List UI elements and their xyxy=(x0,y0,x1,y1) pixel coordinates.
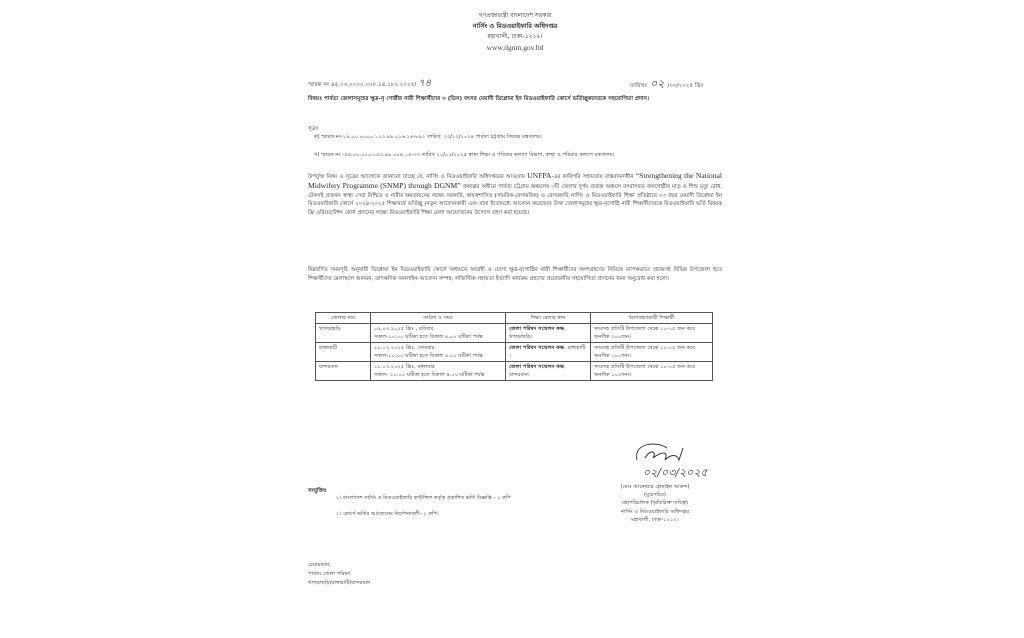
reference-item: খ) স্মারক নং -৫৯.০০.০০০.১৫৩.৯৯.০০৪.১৪-৩৩… xyxy=(314,151,724,159)
event-date: ১১.০৩.২০২৫ খ্রিঃ, মঙ্গলবার xyxy=(374,363,502,371)
event-date: ১০.০৩.২০২৫ খ্রিঃ, সোমবার xyxy=(374,344,502,352)
table-row: বান্দরবান১১.০৩.২০২৫ খ্রিঃ, মঙ্গলবারসকাল-… xyxy=(316,362,713,381)
cell-district: খাগড়াছড়ি xyxy=(316,324,371,343)
header-venue: শিক্ষা মেলার স্থান xyxy=(506,313,591,324)
signature-date: ০২/০৩/২০২৫ xyxy=(643,466,708,479)
memo-number: স্মারক নং ৪৫.০৩.০০০০.০০৮.১৪.১৮০.২০২৫/৭৪ xyxy=(308,80,431,89)
enclosure-item: ১। বাংলাদেশ নার্সিং ও মিডওয়াইফারি কাউন্… xyxy=(336,494,536,502)
government-name: গণপ্রজাতন্ত্রী বাংলাদেশ সরকার xyxy=(300,12,730,20)
para1-text: -এর কারিগরি সহায়তায় বাস্তবায়নাধীন xyxy=(551,174,635,180)
recipient-office: পার্বত্য জেলা পরিষদ xyxy=(308,570,370,579)
cell-date-time: ০৯.০৩.২০২৫ খ্রিঃ , রবিবারসকাল-১০:০০ ঘটিক… xyxy=(371,324,506,343)
recipient-title: চেয়ারম্যান, xyxy=(308,561,370,570)
cell-participants: সদরসহ প্রতিটি উপজেলা থেকে ১০-১৫ জন করে অ… xyxy=(591,362,713,381)
memo-number-handwritten: ৭৪ xyxy=(418,78,431,89)
enclosures-label: সংযুক্তিঃ xyxy=(308,487,327,495)
cell-participants: সদরসহ প্রতিটি উপজেলা থেকে ১০-১৫ জন করে অ… xyxy=(591,324,713,343)
participants-text: সদরসহ প্রতিটি উপজেলা থেকে ১০-১৫ জন করে অ… xyxy=(594,364,695,378)
district-name: রাঙ্গামাটি xyxy=(319,345,337,351)
office-address: মহাখালী, ঢাকা-১২১২। xyxy=(300,33,730,41)
header-district: জেলার নাম xyxy=(316,313,371,324)
signatory-rank: (যুগ্মসচিব) xyxy=(570,491,740,499)
office-name: নার্সিং ও মিডওয়াইফারি অধিদপ্তর xyxy=(300,22,730,30)
signatory-designation: মহাপরিচালক (অতিরিক্ত দায়িত্ব) xyxy=(570,499,740,507)
cell-participants: সদরসহ প্রতিটি উপজেলা থেকে ১০-১৫ জন করে অ… xyxy=(591,343,713,362)
references-label: সূত্রঃ xyxy=(308,125,318,133)
header-date-time: তারিখ ও সময় xyxy=(371,313,506,324)
header-participants: অংশগ্রহণকারী শিক্ষার্থী xyxy=(591,313,713,324)
event-time: সকাল- ১০:০০ ঘটিকা হতে বিকাল ৪.০০ ঘটিকা প… xyxy=(374,371,502,379)
signature-icon: ০২/০৩/২০২৫ xyxy=(585,438,725,482)
venue-name: জেলা পরিষদ সম্মেলন কক্ষ xyxy=(509,326,564,332)
enclosure-item: ২। কোর্সে ভর্তির আবেদনের নির্দেশনাবলী- ১… xyxy=(336,510,536,518)
cell-date-time: ১১.০৩.২০২৫ খ্রিঃ, মঙ্গলবারসকাল- ১০:০০ ঘট… xyxy=(371,362,506,381)
participants-text: সদরসহ প্রতিটি উপজেলা থেকে ১০-১৫ জন করে অ… xyxy=(594,345,695,359)
reference-item: ক) স্মারক নং-১৯.০০.০০০০.১১৩.৯৯.০১৬.১৪-৮৯… xyxy=(314,133,724,141)
body-paragraph-1: উপর্যুক্ত বিষয় ও সূত্রের আলোকে জানানো য… xyxy=(308,172,722,218)
schedule-table: জেলার নাম তারিখ ও সময় শিক্ষা মেলার স্থা… xyxy=(315,312,713,381)
memo-number-printed: স্মারক নং ৪৫.০৩.০০০০.০০৮.১৪.১৮০.২০২৫/ xyxy=(308,82,416,88)
venue-name: জেলা পরিষদ সম্মেলন কক্ষ xyxy=(509,364,564,370)
event-date: ০৯.০৩.২০২৫ খ্রিঃ , রবিবার xyxy=(374,325,502,333)
district-name: খাগড়াছড়ি xyxy=(319,326,341,332)
body-paragraph-2: নিম্নবর্ণিত সময়সূচি অনুযায়ী ডিপ্লোমা ই… xyxy=(308,266,722,284)
table-row: খাগড়াছড়ি০৯.০৩.২০২৫ খ্রিঃ , রবিবারসকাল-… xyxy=(316,324,713,343)
signatory-name: (মোঃ আনোয়ার হোছাইন আকন্দ) xyxy=(570,483,740,491)
memo-date: তারিখঃ০২/০৩/২০২৫ খ্রিঃ xyxy=(630,80,704,90)
cell-district: রাঙ্গামাটি xyxy=(316,343,371,362)
date-handwritten: ০২ xyxy=(650,77,664,90)
cell-district: বান্দরবান xyxy=(316,362,371,381)
signatory-address: মহাখালী, ঢাকা-১২১২। xyxy=(570,516,740,524)
recipient-location: খাগড়াছড়ি/রাঙ্গামাটি/বান্দরবান xyxy=(308,579,370,588)
cell-date-time: ১০.০৩.২০২৫ খ্রিঃ, সোমবারসকাল-১০:০০ ঘটিকা… xyxy=(371,343,506,362)
table-header-row: জেলার নাম তারিখ ও সময় শিক্ষা মেলার স্থা… xyxy=(316,313,713,324)
venue-name: জেলা পরিষদ সম্মেলন কক্ষ xyxy=(509,345,564,351)
signature-block: (মোঃ আনোয়ার হোছাইন আকন্দ) (যুগ্মসচিব) ম… xyxy=(570,483,740,524)
table-row: রাঙ্গামাটি১০.০৩.২০২৫ খ্রিঃ, সোমবারসকাল-১… xyxy=(316,343,713,362)
cell-venue: জেলা পরিষদ সম্মেলন কক্ষ, খাগড়াছড়ি। xyxy=(506,324,591,343)
recipient-block: চেয়ারম্যান, পার্বত্য জেলা পরিষদ খাগড়াছ… xyxy=(308,561,370,588)
date-rest: /০৩/২০২৫ খ্রিঃ xyxy=(667,83,703,89)
signatory-office: নার্সিং ও মিডওয়াইফারি অধিদপ্তর xyxy=(570,508,740,516)
para1-org: UNFPA xyxy=(527,171,551,180)
cell-venue: জেলা পরিষদ সম্মেলন কক্ষ, বান্দরবান। xyxy=(506,362,591,381)
office-website: www.dgnm.gov.bd xyxy=(300,44,730,52)
cell-venue: জেলা পরিষদ সম্মেলন কক্ষ, রাঙ্গামাটি । xyxy=(506,343,591,362)
letter-page: গণপ্রজাতন্ত্রী বাংলাদেশ সরকার নার্সিং ও … xyxy=(300,0,730,638)
district-name: বান্দরবান xyxy=(319,364,338,370)
event-time: সকাল-১০:০০ ঘটিকা হতে বিকাল ৪.০০ ঘটিকা পর… xyxy=(374,333,502,341)
event-time: সকাল-১০:০০ ঘটিকা হতে বিকাল ৪.০০ ঘটিকা পর… xyxy=(374,352,502,360)
date-label: তারিখঃ xyxy=(630,83,647,89)
participants-text: সদরসহ প্রতিটি উপজেলা থেকে ১০-১৫ জন করে অ… xyxy=(594,326,695,340)
para1-text: উপর্যুক্ত বিষয় ও সূত্রের আলোকে জানানো য… xyxy=(308,174,527,180)
subject-line: বিষয়ঃ পার্বত্য জেলাসমূহের ক্ষুদ্র-নৃ গো… xyxy=(308,95,723,104)
